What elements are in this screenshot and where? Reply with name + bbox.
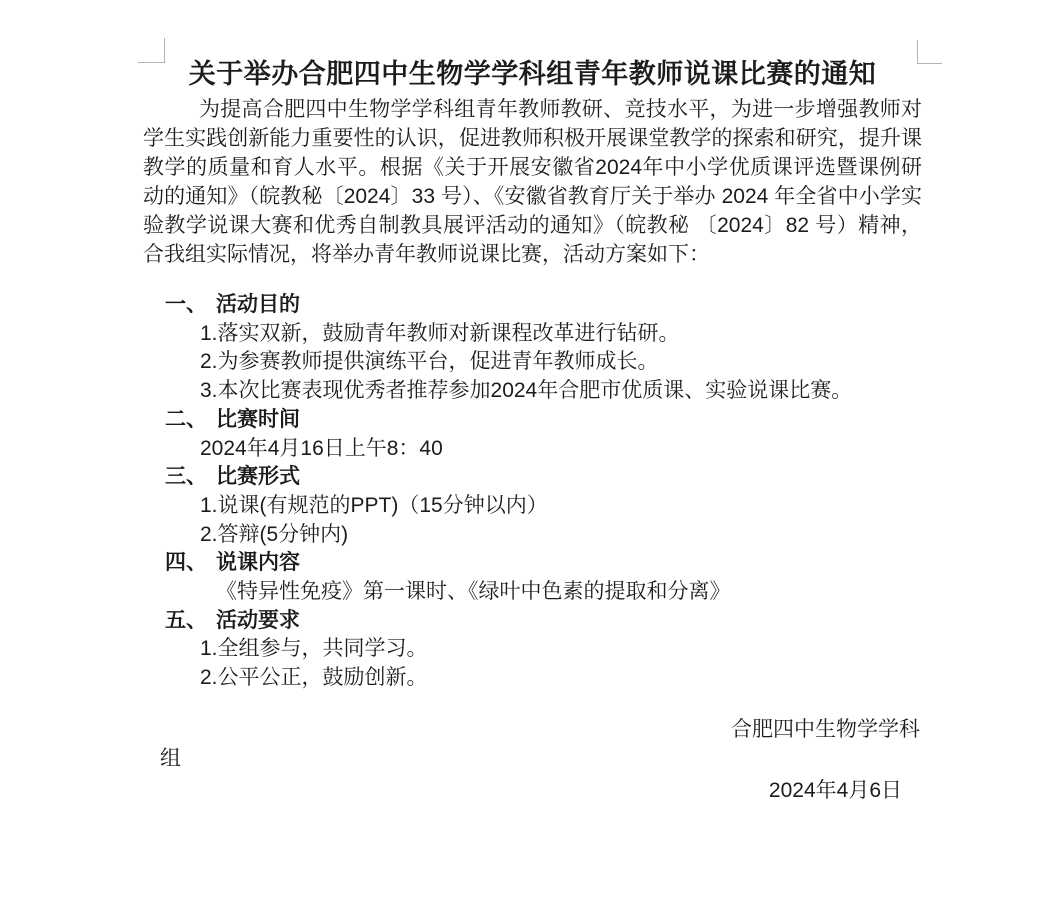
section-number: 五、 bbox=[165, 609, 207, 632]
list-item: 2.公平公正，鼓励创新。 bbox=[143, 664, 922, 693]
intro-line: 合我组实际情况，将举办青年教师说课比赛，活动方案如下： bbox=[143, 240, 922, 269]
notice-document-page: 关于举办合肥四中生物学学科组青年教师说课比赛的通知 为提高合肥四中生物学学科组青… bbox=[0, 0, 1064, 919]
list-item: 1.全组参与，共同学习。 bbox=[143, 635, 922, 664]
section-number: 三、 bbox=[165, 465, 207, 488]
section-number: 一、 bbox=[165, 293, 207, 316]
intro-line: 验教学说课大赛和优秀自制教具展评活动的通知》（皖教秘 〔2024〕82 号）精神… bbox=[143, 211, 922, 240]
list-item: 2024年4月16日上午8：40 bbox=[143, 435, 922, 464]
section-heading-format: 三、比赛形式 bbox=[143, 463, 922, 492]
signature-date: 2024年4月6日 bbox=[143, 774, 902, 804]
intro-line: 教学的质量和育人水平。根据《关于开展安徽省2024年中小学优质课评选暨课例研究活 bbox=[143, 153, 922, 182]
signature-organization-line2: 组 bbox=[160, 742, 181, 772]
list-item: 1.说课(有规范的PPT)（15分钟以内） bbox=[143, 492, 922, 521]
section-heading-label: 活动目的 bbox=[216, 293, 300, 316]
section-heading-label: 说课内容 bbox=[216, 551, 300, 574]
intro-line: 动的通知》（皖教秘〔2024〕33 号）、《安徽省教育厅关于举办 2024 年全… bbox=[143, 182, 922, 211]
notice-sections: 一、活动目的 1.落实双新，鼓励青年教师对新课程改革进行钻研。 2.为参赛教师提… bbox=[143, 291, 922, 693]
section-heading-label: 比赛时间 bbox=[216, 408, 300, 431]
intro-line: 为提高合肥四中生物学学科组青年教师教研、竞技水平，为进一步增强教师对培养 bbox=[143, 95, 922, 124]
section-heading-content: 四、说课内容 bbox=[143, 549, 922, 578]
list-item: 1.落实双新，鼓励青年教师对新课程改革进行钻研。 bbox=[143, 320, 922, 349]
section-heading-time: 二、比赛时间 bbox=[143, 406, 922, 435]
section-number: 四、 bbox=[165, 551, 207, 574]
list-item: 3.本次比赛表现优秀者推荐参加2024年合肥市优质课、实验说课比赛。 bbox=[143, 377, 922, 406]
list-item: 2.为参赛教师提供演练平台，促进青年教师成长。 bbox=[143, 348, 922, 377]
section-heading-label: 活动要求 bbox=[216, 609, 300, 632]
intro-line: 学生实践创新能力重要性的认识，促进教师积极开展课堂教学的探索和研究，提升课堂 bbox=[143, 124, 922, 153]
section-number: 二、 bbox=[165, 408, 207, 431]
section-heading-label: 比赛形式 bbox=[216, 465, 300, 488]
list-item: 2.答辩(5分钟内) bbox=[143, 521, 922, 550]
section-heading-purpose: 一、活动目的 bbox=[143, 291, 922, 320]
section-heading-requirements: 五、活动要求 bbox=[143, 607, 922, 636]
list-item: 《特异性免疫》第一课时、《绿叶中色素的提取和分离》 bbox=[143, 578, 922, 607]
intro-paragraph: 为提高合肥四中生物学学科组青年教师教研、竞技水平，为进一步增强教师对培养 学生实… bbox=[143, 95, 922, 269]
notice-title: 关于举办合肥四中生物学学科组青年教师说课比赛的通知 bbox=[143, 52, 922, 91]
signature-organization-line1: 合肥四中生物学学科 bbox=[143, 713, 920, 743]
